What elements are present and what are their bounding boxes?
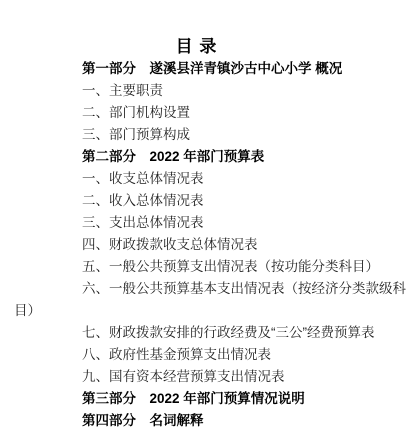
toc-entry: 第四部分 名词解释 xyxy=(14,410,409,432)
toc-entry: 二、部门机构设置 xyxy=(14,102,409,124)
toc-entry: 八、政府性基金预算支出情况表 xyxy=(14,344,409,366)
toc-entry: 二、收入总体情况表 xyxy=(14,190,409,212)
toc-entry: 第一部分 遂溪县洋青镇沙古中心小学 概况 xyxy=(14,58,409,80)
toc-entry: 五、一般公共预算支出情况表（按功能分类科目） xyxy=(14,256,409,278)
toc-entry: 四、财政拨款收支总体情况表 xyxy=(14,234,409,256)
toc-list: 第一部分 遂溪县洋青镇沙古中心小学 概况一、主要职责二、部门机构设置三、部门预算… xyxy=(14,58,409,432)
toc-entry: 第二部分 2022 年部门预算表 xyxy=(14,146,409,168)
toc-entry: 第三部分 2022 年部门预算情况说明 xyxy=(14,388,409,410)
toc-entry: 七、财政拨款安排的行政经费及“三公”经费预算表 xyxy=(14,322,409,344)
toc-entry: 九、国有资本经营预算支出情况表 xyxy=(14,366,409,388)
toc-entry: 六、一般公共预算基本支出情况表（按经济分类款级科目） xyxy=(14,278,409,322)
toc-entry: 三、支出总体情况表 xyxy=(14,212,409,234)
page-title: 目 录 xyxy=(0,36,394,58)
toc-entry: 三、部门预算构成 xyxy=(14,124,409,146)
toc-entry: 一、收支总体情况表 xyxy=(14,168,409,190)
document-page: 目 录 第一部分 遂溪县洋青镇沙古中心小学 概况一、主要职责二、部门机构设置三、… xyxy=(0,0,415,438)
toc-entry: 一、主要职责 xyxy=(14,80,409,102)
